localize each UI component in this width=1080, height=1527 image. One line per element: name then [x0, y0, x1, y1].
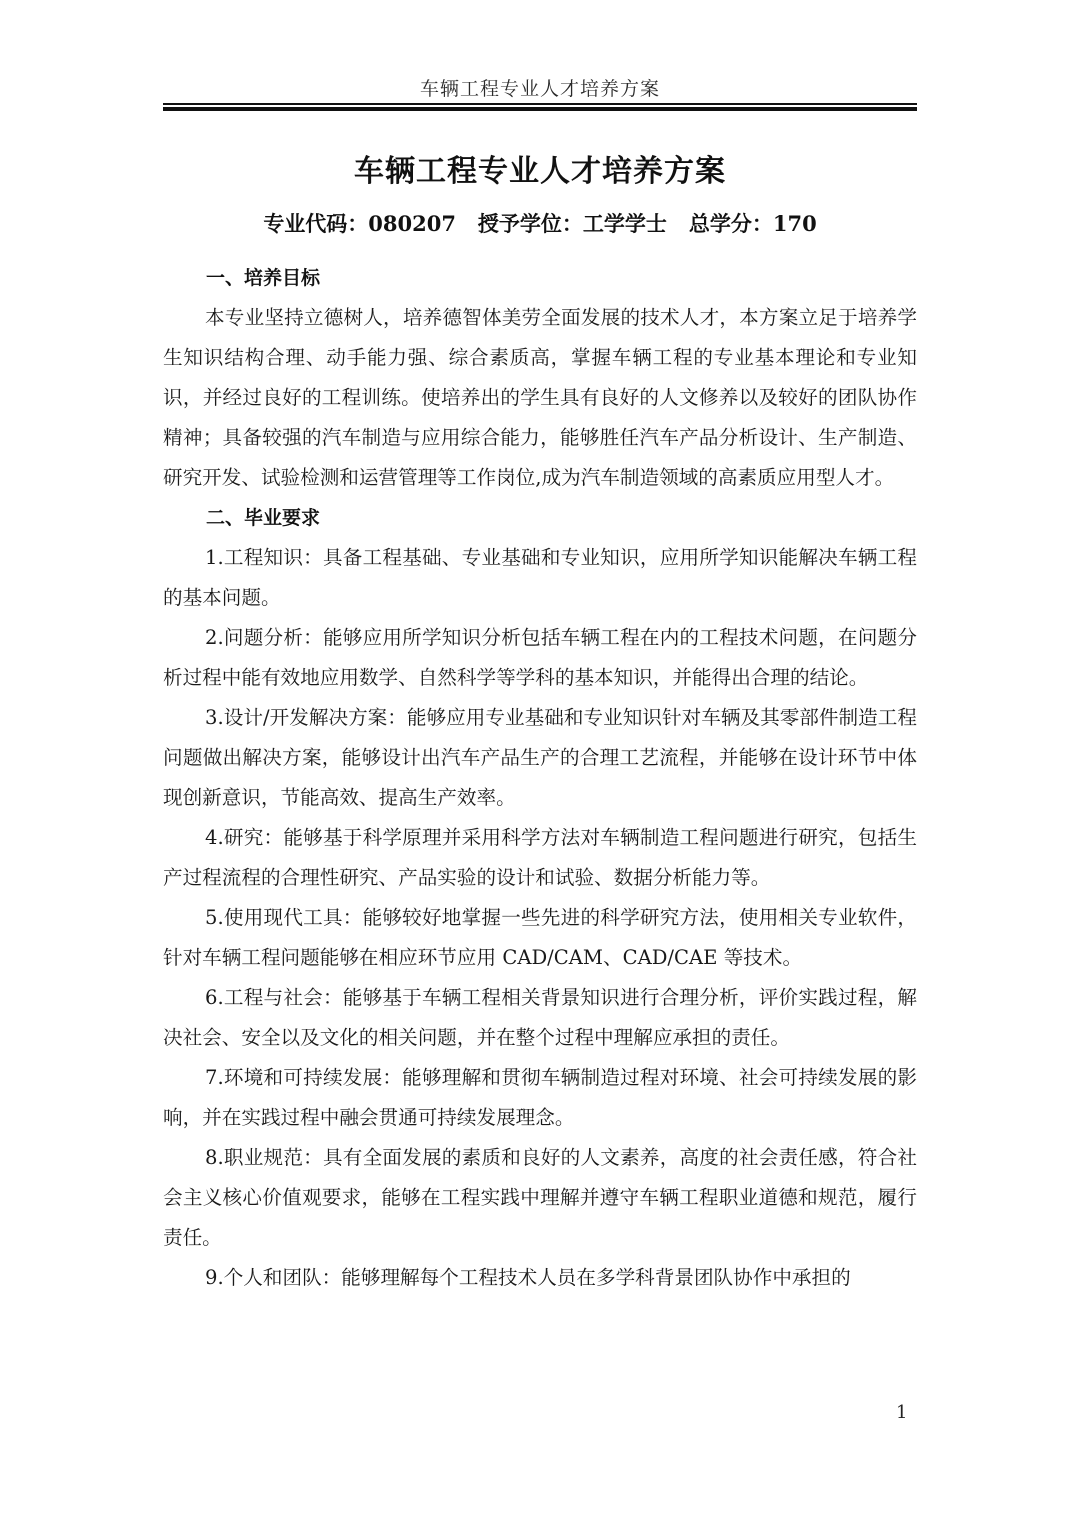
- header-rule-thin: [163, 103, 917, 105]
- requirement-item: 5.使用现代工具：能够较好地掌握一些先进的科学研究方法，使用相关专业软件，针对车…: [163, 898, 917, 978]
- requirement-item: 6.工程与社会：能够基于车辆工程相关背景知识进行合理分析，评价实践过程，解决社会…: [163, 978, 917, 1058]
- document-body: 一、培养目标 本专业坚持立德树人，培养德智体美劳全面发展的技术人才，本方案立足于…: [163, 258, 917, 1298]
- requirement-item: 3.设计/开发解决方案：能够应用专业基础和专业知识针对车辆及其零部件制造工程问题…: [163, 698, 917, 818]
- section-heading: 一、培养目标: [163, 258, 917, 298]
- section-heading: 二、毕业要求: [163, 498, 917, 538]
- requirement-item: 4.研究：能够基于科学原理并采用科学方法对车辆制造工程问题进行研究，包括生产过程…: [163, 818, 917, 898]
- requirement-item: 1.工程知识：具备工程基础、专业基础和专业知识，应用所学知识能解决车辆工程的基本…: [163, 538, 917, 618]
- header-rule-thick: [163, 107, 917, 111]
- requirement-item: 8.职业规范：具有全面发展的素质和良好的人文素养，高度的社会责任感，符合社会主义…: [163, 1138, 917, 1258]
- document-title: 车辆工程专业人才培养方案: [163, 146, 917, 190]
- running-header: 车辆工程专业人才培养方案: [163, 74, 917, 101]
- section-graduation-requirements: 二、毕业要求 1.工程知识：具备工程基础、专业基础和专业知识，应用所学知识能解决…: [163, 498, 917, 1298]
- program-meta-line: 专业代码：080207 授予学位：工学学士 总学分：170: [163, 208, 917, 238]
- paragraph: 本专业坚持立德树人，培养德智体美劳全面发展的技术人才，本方案立足于培养学生知识结…: [163, 298, 917, 498]
- requirement-item: 2.问题分析：能够应用所学知识分析包括车辆工程在内的工程技术问题，在问题分析过程…: [163, 618, 917, 698]
- page-number: 1: [896, 1402, 926, 1423]
- requirement-item: 7.环境和可持续发展：能够理解和贯彻车辆制造过程对环境、社会可持续发展的影响，并…: [163, 1058, 917, 1138]
- section-training-objectives: 一、培养目标 本专业坚持立德树人，培养德智体美劳全面发展的技术人才，本方案立足于…: [163, 258, 917, 498]
- requirement-item: 9.个人和团队：能够理解每个工程技术人员在多学科背景团队协作中承担的: [163, 1258, 917, 1298]
